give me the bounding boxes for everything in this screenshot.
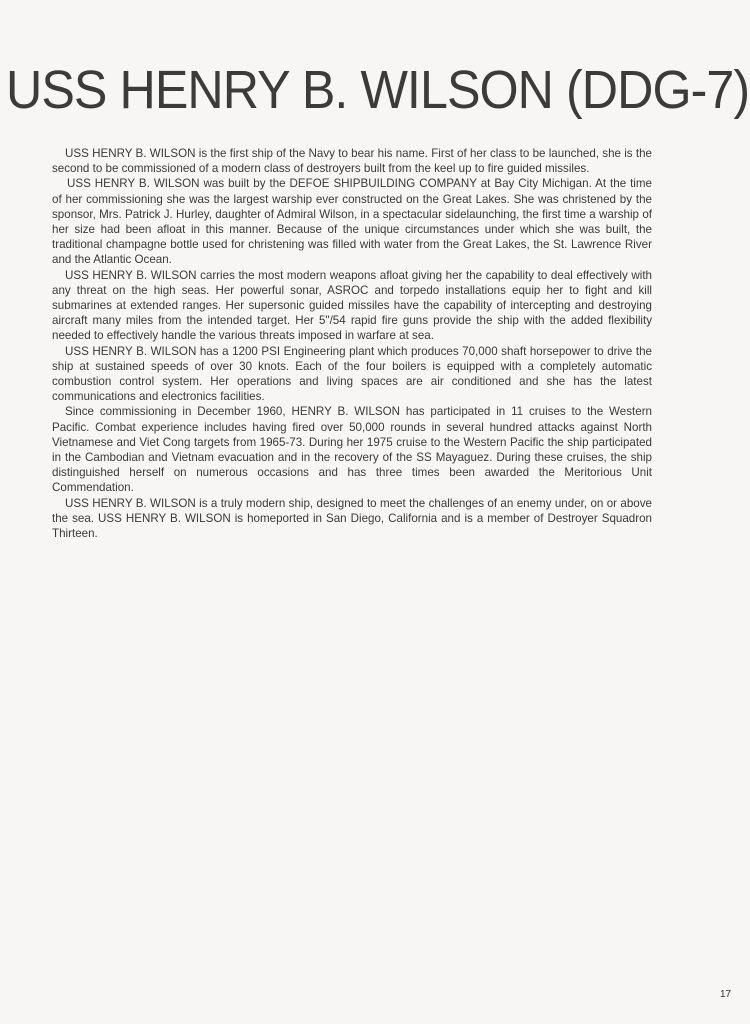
paragraph-intro: USS HENRY B. WILSON is the first ship of… (52, 146, 652, 176)
paragraph-homeport: USS HENRY B. WILSON is a truly modern sh… (52, 496, 652, 542)
paragraph-engineering: USS HENRY B. WILSON has a 1200 PSI Engin… (52, 344, 652, 405)
paragraph-weapons: USS HENRY B. WILSON carries the most mod… (52, 268, 652, 344)
page-number: 17 (720, 989, 731, 1000)
page-title: USS HENRY B. WILSON (DDG-7) (6, 60, 749, 120)
paragraph-construction: USS HENRY B. WILSON was built by the DEF… (52, 176, 652, 267)
article-body: USS HENRY B. WILSON is the first ship of… (52, 146, 652, 541)
paragraph-service-history: Since commissioning in December 1960, HE… (52, 404, 652, 495)
